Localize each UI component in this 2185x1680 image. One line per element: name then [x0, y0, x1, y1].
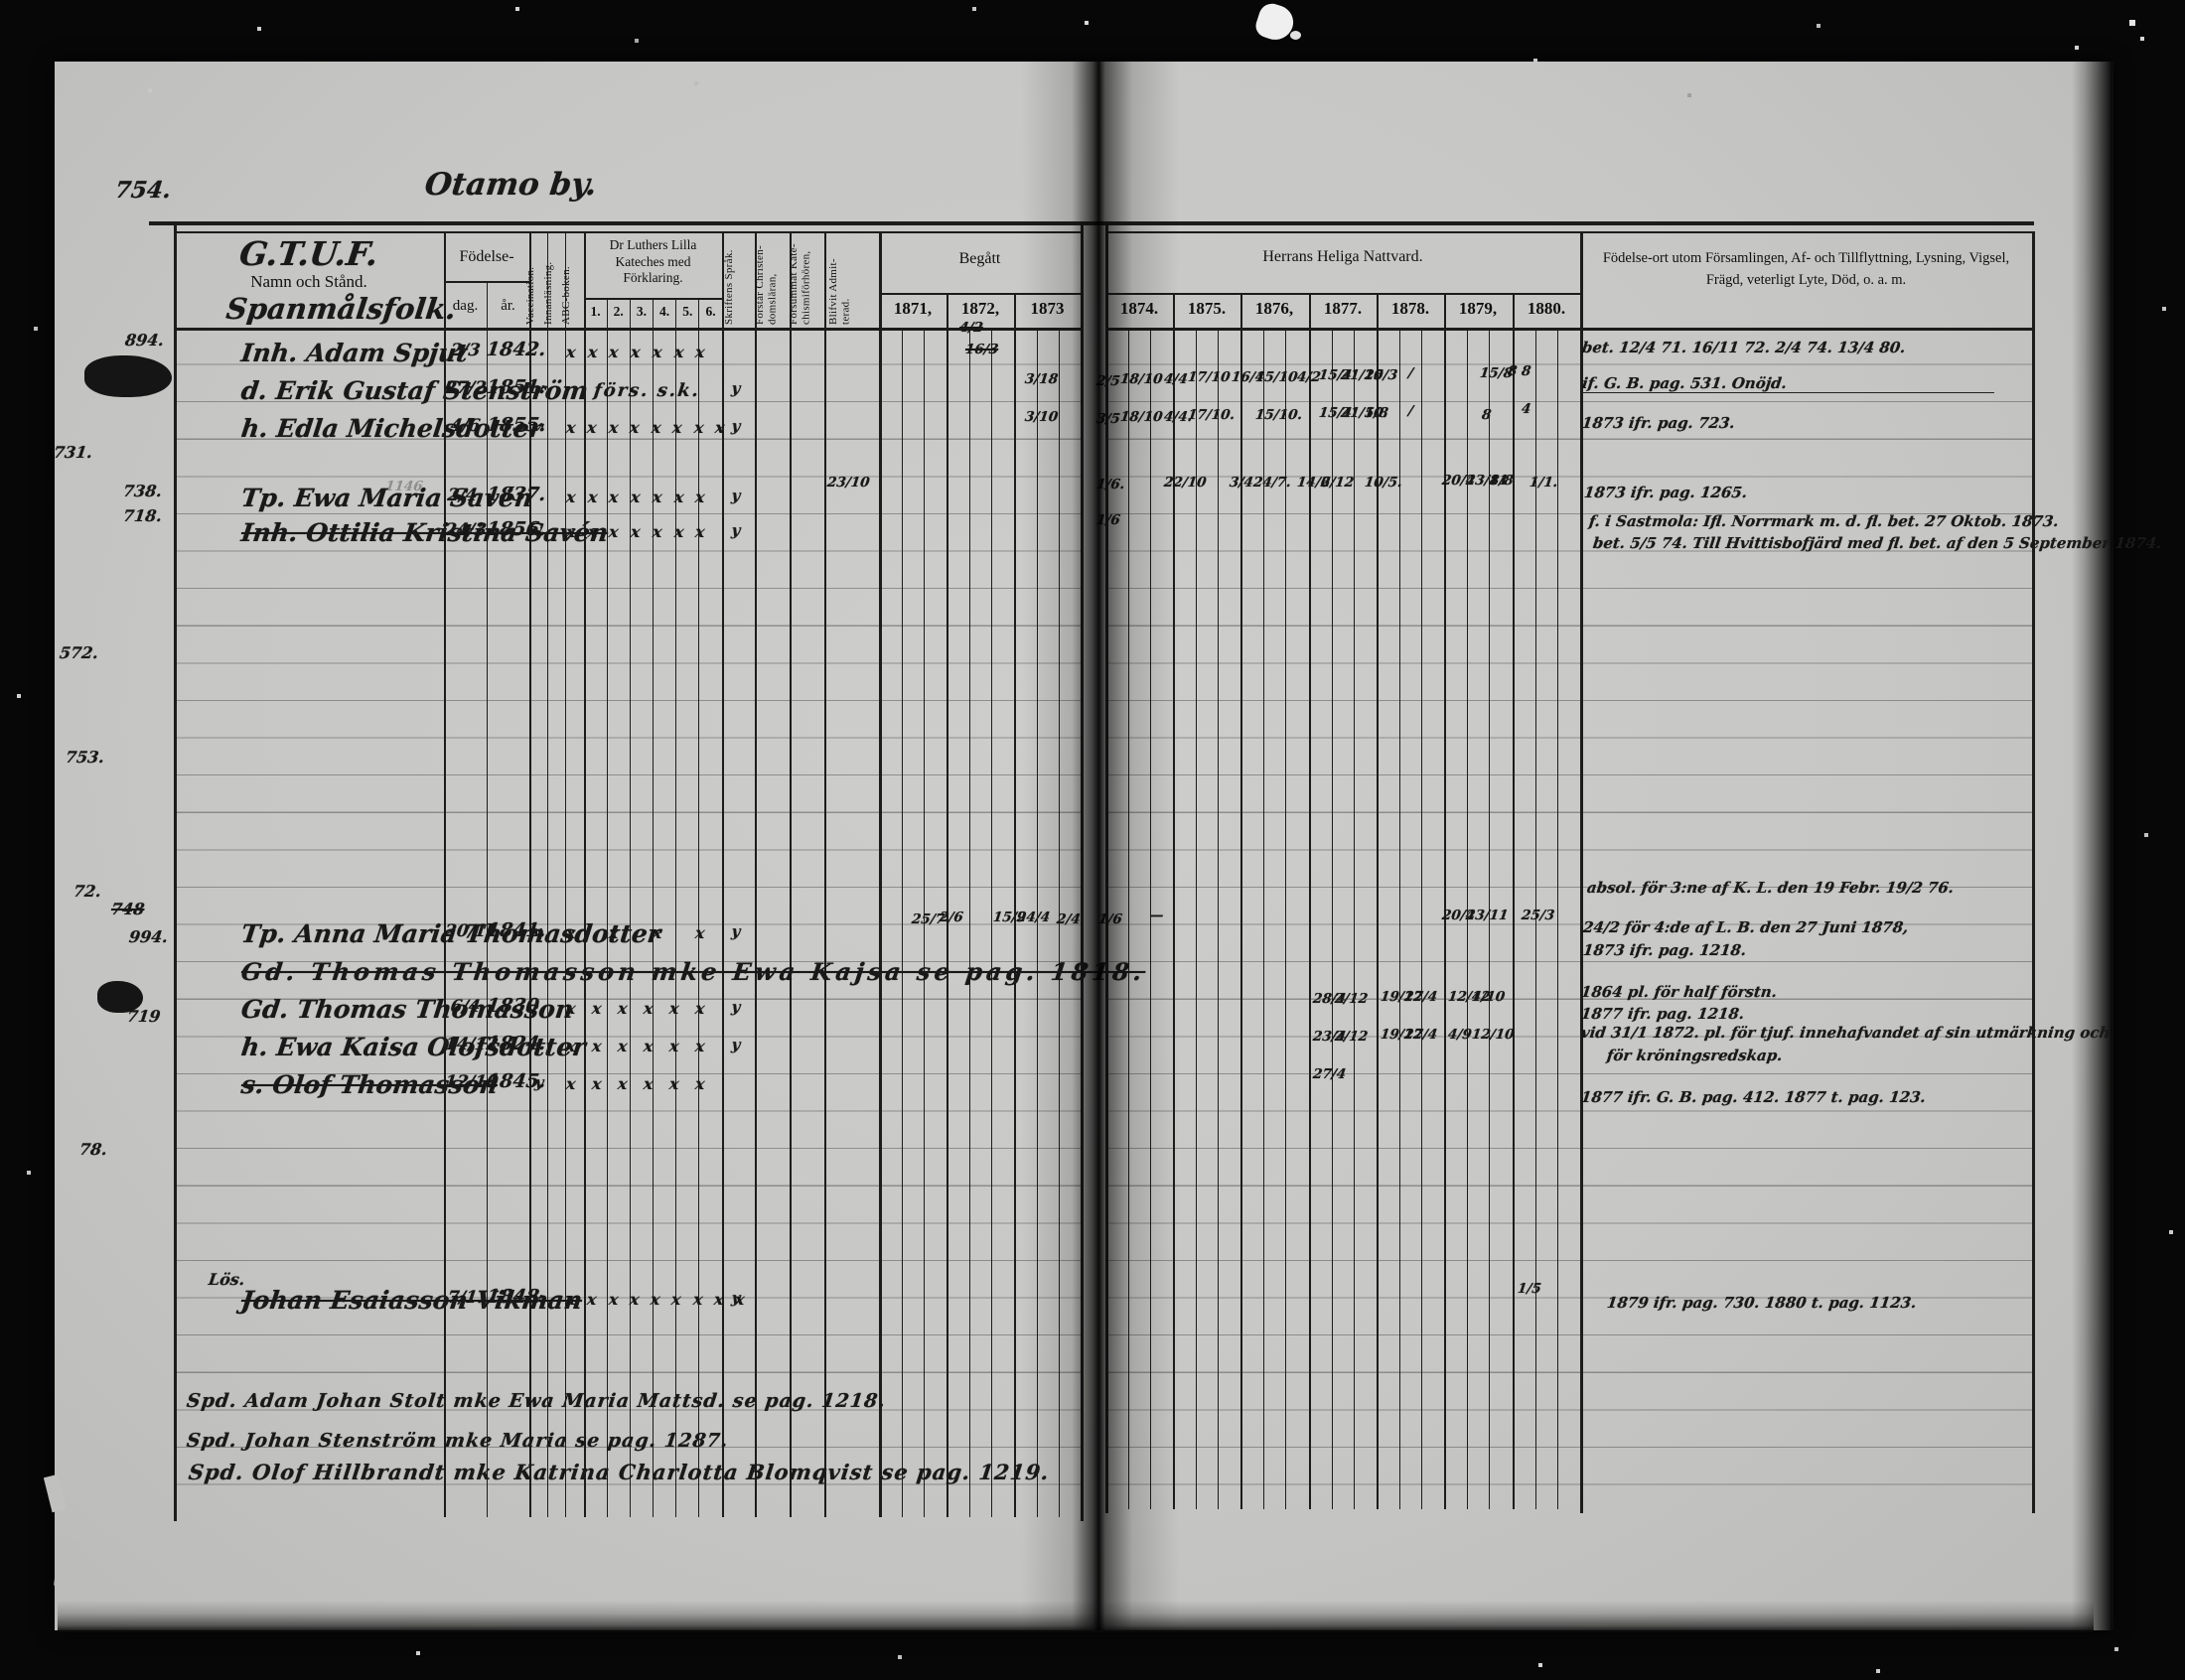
catechism-sub: 1.: [584, 304, 607, 320]
ink-blot: [97, 981, 143, 1013]
x-mark: x: [652, 522, 663, 541]
grid-vline: [1421, 328, 1422, 1509]
x-mark: x: [586, 418, 598, 437]
note-annotation: if. G. B. pag. 531. Onöjd.: [1581, 374, 1996, 393]
grid-ink-mark: 2/12: [1334, 1029, 1369, 1045]
birth-year-value: 1837.: [486, 484, 534, 505]
paper-tear-top-small: [1290, 31, 1301, 40]
grid-vline: [653, 298, 654, 1517]
margin-number: 731.: [53, 443, 93, 462]
catechism-marks: xxxx: [566, 923, 705, 942]
grid-ink-mark: 2/12: [1334, 991, 1369, 1007]
x-mark: x: [607, 1290, 619, 1309]
grid-vline: [1081, 223, 1084, 1521]
grid-vline: [174, 223, 177, 1521]
catechism-sub: 3.: [630, 304, 653, 320]
birth-day-value: 24/3: [444, 520, 487, 540]
header-name-label: Namn och Stånd.: [174, 272, 444, 292]
grid-ink-mark: 24/4: [1016, 910, 1051, 925]
margin-number: 78.: [78, 1140, 108, 1159]
x-mark: x: [565, 923, 577, 942]
note-annotation: bet. 5/5 74. Till Hvittisbofjärd med fl.…: [1592, 534, 2163, 552]
grid-vline: [1285, 328, 1286, 1509]
vaccination-mark: v.: [529, 521, 549, 539]
grid-vline: [947, 293, 948, 1517]
catechism-marks: xxxxxx: [566, 1037, 705, 1055]
grid-ink-mark: 4/9: [1447, 1027, 1473, 1043]
x-mark: x: [608, 923, 620, 942]
scanned-ledger-spread: Vaccination.Innanläsning.ABC-boken.Skrif…: [0, 0, 2185, 1680]
note-annotation: för kröningsredskap.: [1606, 1047, 1784, 1064]
grid-ink-mark: 5/8: [1364, 405, 1389, 421]
ink-blot: [84, 355, 172, 397]
skrift-mark: y: [723, 1036, 749, 1053]
begatt-year: 1872,: [947, 299, 1014, 319]
catechism-sub: 4.: [654, 304, 676, 320]
grid-hline: [444, 281, 529, 283]
x-mark: x: [652, 923, 663, 942]
birth-year-value: 1855.: [486, 414, 534, 436]
grid-vline: [1354, 328, 1355, 1509]
x-mark: x: [591, 1037, 603, 1055]
catechism-marks: xxxxxxx: [566, 343, 705, 361]
catechism-sub: 5.: [676, 304, 699, 320]
grid-vline: [675, 298, 676, 1517]
page-stack-left-edge: [55, 70, 154, 1623]
x-mark: x: [673, 488, 685, 506]
header-notes-line1: Födelse-ort utom Församlingen, Af- och T…: [1582, 250, 2030, 267]
header-script-initials: G.T.U.F.: [172, 234, 447, 273]
x-mark: x: [643, 999, 655, 1018]
x-mark: x: [629, 1290, 641, 1309]
skrift-mark: y: [723, 521, 749, 539]
grid-vline: [1399, 328, 1400, 1509]
grid-ink-mark: 1/6.: [1095, 477, 1125, 492]
catechism-marks: xxxxxxx: [566, 522, 705, 541]
x-mark: x: [630, 522, 642, 541]
grid-hline: [149, 221, 2034, 225]
grid-ink-mark: 16/3: [964, 342, 999, 357]
birth-year-value: 1845.: [486, 1070, 534, 1092]
nattvard-year: 1875.: [1173, 299, 1240, 319]
grid-ink-mark: 27/4: [1312, 1066, 1347, 1082]
grid-ink-mark: 4/4: [1163, 371, 1189, 387]
footer-note: Spd. Olof Hillbrandt mke Katrina Charlot…: [187, 1460, 1051, 1484]
nattvard-year: 1880.: [1513, 299, 1580, 319]
birth-day-value: 7/1.: [444, 1288, 487, 1308]
x-mark: x: [630, 488, 642, 506]
grid-vline: [607, 298, 608, 1517]
header-rotated-right-2: Försummat Kate- chismiförhören,: [788, 235, 827, 325]
x-mark: x: [694, 999, 706, 1018]
x-mark: x: [629, 418, 641, 437]
grid-ink-mark: 17/10: [1187, 369, 1231, 385]
skrift-mark: y: [723, 417, 749, 435]
x-mark: x: [652, 343, 663, 361]
ledger-row-prefix: Lös.: [208, 1270, 246, 1289]
birth-year-value: 1842.: [486, 339, 534, 360]
grid-ink-mark: 25/3: [1364, 367, 1398, 383]
note-annotation: f. i Sastmola: Ifl. Norrmark m. d. fl. b…: [1588, 512, 2060, 530]
grid-ink-mark: 3/18: [1024, 371, 1059, 387]
grid-ink-mark: 22/10: [1163, 475, 1207, 490]
grid-ink-mark: 8/8: [1489, 473, 1515, 489]
catechism-marks: xxxxxx: [566, 999, 705, 1018]
note-annotation: 1873 ifr. pag. 723.: [1581, 414, 1736, 432]
vaccination-mark: y: [529, 1073, 549, 1091]
birth-day-value: 4/6: [444, 416, 487, 436]
note-annotation: 1873 ifr. pag. 1218.: [1582, 941, 1747, 959]
x-mark: x: [650, 1290, 661, 1309]
x-mark: x: [670, 1290, 682, 1309]
margin-number: 738.: [122, 482, 163, 500]
grid-ink-mark: 27/4: [1403, 989, 1438, 1005]
grid-ink-mark: 1/5: [1517, 1281, 1542, 1297]
birth-day-value: 12/10: [444, 1072, 487, 1092]
grid-hline: [174, 328, 1081, 331]
grid-ink-mark: 15/10: [1254, 369, 1298, 385]
grid-ink-mark: 3/4: [1229, 475, 1254, 490]
grid-vline: [630, 298, 631, 1517]
grid-ink-mark: 2/5: [1095, 373, 1121, 389]
catechism-sub: 2.: [607, 304, 630, 320]
grid-ink-mark: 23/11: [1465, 908, 1509, 923]
grid-vline: [1196, 328, 1197, 1509]
grid-ink-mark: 1/6: [1095, 512, 1121, 528]
ledger-row-name: Inh. Adam Spjut: [239, 339, 470, 367]
x-mark: x: [692, 1290, 704, 1309]
grid-vline: [902, 328, 903, 1517]
header-birth-label: Födelse-: [444, 248, 529, 266]
grid-ink-mark: 2/4: [1056, 911, 1082, 927]
grid-ink-mark: 2/12: [1320, 475, 1355, 490]
grid-hline: [879, 293, 1081, 295]
x-mark: x: [591, 999, 603, 1018]
header-rotated-right-0: Skriftens Språk.: [723, 235, 749, 325]
x-mark: x: [608, 488, 620, 506]
margin-number: 718.: [122, 506, 163, 525]
note-annotation: vid 31/1 1872. pl. för tjuf. innehafvand…: [1580, 1024, 2112, 1042]
margin-number: 753.: [65, 748, 105, 767]
x-mark: x: [652, 488, 663, 506]
grid-vline: [969, 328, 970, 1517]
vaccination-mark: v: [529, 379, 549, 397]
x-mark: x: [617, 1074, 629, 1093]
x-mark: x: [608, 522, 620, 541]
x-mark: x: [693, 418, 705, 437]
grid-ink-mark: 10/5.: [1364, 475, 1403, 490]
margin-number: 994.: [128, 927, 169, 946]
grid-ink-mark: 3/10: [1024, 409, 1059, 425]
skrift-mark: y: [723, 1289, 749, 1307]
grid-ink-mark: 24/7.: [1252, 475, 1292, 490]
vaccination-mark: v.: [529, 922, 549, 940]
header-nattvard-label: Herrans Heliga Nattvard.: [1105, 248, 1580, 266]
header-begatt-label: Begått: [879, 250, 1081, 268]
grid-ink-mark: 3/5: [1095, 411, 1121, 427]
birth-year-value: 1824.: [486, 1033, 534, 1054]
grid-ink-mark: 2/6: [939, 910, 964, 925]
x-mark: x: [694, 923, 706, 942]
grid-vline: [698, 298, 699, 1517]
grid-ink-mark: 25/3: [1521, 908, 1555, 923]
birth-year-value: 1856.: [486, 518, 534, 540]
x-mark: x: [643, 1074, 655, 1093]
x-mark: x: [565, 1037, 577, 1055]
note-annotation: 1864 pl. för half förstn.: [1580, 983, 1778, 1001]
nattvard-year: 1877.: [1309, 299, 1377, 319]
x-mark: x: [591, 1074, 603, 1093]
skrift-mark: y: [723, 487, 749, 504]
note-annotation: absol. för 3:ne af K. L. den 19 Febr. 19…: [1586, 879, 1955, 897]
catechism-marks: xxxxxxx: [566, 488, 705, 506]
catechism-note: förs. s.k.: [593, 380, 702, 401]
grid-hline: [1105, 231, 2032, 233]
margin-number: 748: [110, 900, 146, 918]
vaccination-mark: v.: [529, 417, 549, 435]
x-mark: x: [587, 343, 599, 361]
birth-day-value: 2/3: [444, 341, 487, 360]
page-stack-right-edge: [2072, 62, 2113, 1630]
footer-note: Spd. Johan Stenström mke Maria se pag. 1…: [186, 1430, 730, 1452]
grid-vline: [1014, 293, 1016, 1517]
margin-number: 894.: [124, 331, 165, 350]
grid-ink-mark: —: [1149, 908, 1164, 923]
grid-vline: [879, 231, 882, 1517]
nattvard-year: 1879,: [1444, 299, 1512, 319]
header-birth-year: år.: [487, 298, 529, 315]
x-mark: x: [630, 343, 642, 361]
grid-hline: [174, 231, 1081, 233]
page-stack-bottom-edge: [58, 1601, 2094, 1632]
grid-ink-mark: 8: [1521, 363, 1531, 379]
grid-ink-mark: 1146: [384, 479, 424, 494]
page-number: 754.: [113, 177, 172, 204]
village-title: Otamo by.: [423, 167, 599, 203]
grid-ink-mark: 1/6: [1097, 911, 1123, 927]
x-mark: x: [565, 418, 577, 437]
x-mark: x: [608, 343, 620, 361]
x-mark: x: [694, 1037, 706, 1055]
x-mark: x: [668, 1074, 680, 1093]
x-mark: x: [643, 1037, 655, 1055]
grid-vline: [1218, 328, 1219, 1509]
grid-vline: [1332, 328, 1333, 1509]
x-mark: x: [694, 343, 706, 361]
birth-day-value: 20/1: [444, 921, 487, 941]
catechism-sub: 6.: [699, 304, 722, 320]
x-mark: x: [694, 488, 706, 506]
grid-ink-mark: 12/10: [1471, 1027, 1515, 1043]
grid-ink-mark: 4/2: [958, 320, 984, 336]
x-mark: x: [694, 1074, 706, 1093]
note-annotation: 1877 ifr. G. B. pag. 412. 1877 t. pag. 1…: [1580, 1088, 1927, 1106]
margin-number: 572.: [59, 643, 99, 662]
grid-hline: [584, 298, 722, 300]
x-mark: x: [651, 418, 662, 437]
grid-ink-mark: 18/10: [1119, 371, 1163, 387]
grid-vline: [1557, 328, 1558, 1509]
x-mark: x: [587, 488, 599, 506]
vaccination-mark: v.: [529, 1289, 549, 1307]
grid-hline: [1105, 328, 2032, 331]
birth-year-value: 1841.: [486, 919, 534, 941]
x-mark: x: [565, 1290, 577, 1309]
begatt-year: 1873: [1014, 299, 1081, 319]
grid-vline: [1263, 328, 1264, 1509]
skrift-mark: y: [723, 922, 749, 940]
skrift-mark: y: [723, 379, 749, 397]
birth-year-value: 1848.: [486, 1286, 534, 1308]
begatt-year: 1871,: [879, 299, 947, 319]
x-mark: x: [565, 488, 577, 506]
grid-vline: [755, 231, 757, 1517]
x-mark: x: [565, 343, 577, 361]
x-mark: x: [565, 1074, 577, 1093]
catechism-marks: xxxxxxxxx: [566, 1290, 745, 1309]
grid-vline: [790, 231, 792, 1517]
grid-ink-mark: 8: [1481, 407, 1492, 423]
x-mark: x: [608, 418, 620, 437]
catechism-marks: xxxxxx: [566, 1074, 705, 1093]
header-rotated-right-3: Blifvit Admit- terad.: [827, 235, 871, 325]
grid-ink-mark: 17/10.: [1187, 407, 1236, 423]
note-annotation: 24/2 för 4:de af L. B. den 27 Juni 1878,: [1582, 918, 1910, 936]
x-mark: x: [673, 343, 685, 361]
grid-vline: [2032, 231, 2035, 1513]
note-annotation: 1879 ifr. pag. 730. 1880 t. pag. 1123.: [1606, 1294, 1918, 1312]
nattvard-year: 1874.: [1105, 299, 1173, 319]
dust-specks: [0, 0, 2, 2]
x-mark: x: [668, 1037, 680, 1055]
birth-day-value: 27/2: [444, 378, 487, 398]
footer-note: Spd. Adam Johan Stolt mke Ewa Maria Matt…: [186, 1390, 888, 1412]
ledger-row-name: Gd. Thomas Thomasson mke Ewa Kajsa se pa…: [239, 957, 1147, 986]
grid-ink-mark: 4/10: [1471, 989, 1506, 1005]
x-mark: x: [617, 999, 629, 1018]
grid-hline: [1105, 293, 1580, 295]
grid-vline: [824, 231, 826, 1517]
grid-ink-mark: 4: [1521, 401, 1531, 417]
x-mark: x: [668, 999, 680, 1018]
grid-ink-mark: 23/10: [826, 475, 870, 490]
x-mark: x: [673, 522, 685, 541]
x-mark: x: [587, 522, 599, 541]
x-mark: x: [565, 522, 577, 541]
birth-year-value: 1851.: [486, 376, 534, 398]
skrift-mark: y: [723, 998, 749, 1016]
grid-vline: [487, 281, 488, 1517]
grid-vline: [1128, 328, 1129, 1509]
grid-ink-mark: 18/10: [1119, 409, 1163, 425]
note-annotation: 1877 ifr. pag. 1218.: [1580, 1005, 1745, 1023]
birth-day-value: 2/4.: [444, 486, 487, 505]
x-mark: x: [617, 1037, 629, 1055]
x-mark: x: [694, 522, 706, 541]
note-annotation: 1873 ifr. pag. 1265.: [1583, 484, 1748, 501]
grid-ink-mark: 8: [1507, 363, 1518, 379]
grid-ink-mark: 27/4: [1403, 1027, 1438, 1043]
x-mark: x: [565, 999, 577, 1018]
nattvard-year: 1878.: [1377, 299, 1444, 319]
header-notes-line2: Frägd, veterligt Lyte, Död, o. a. m.: [1582, 272, 2030, 289]
margin-number: 72.: [73, 882, 102, 901]
grid-ink-mark: 1/1.: [1529, 475, 1558, 490]
header-script-group: Spanmålsfolk.: [224, 292, 458, 326]
grid-ink-mark: 15/10.: [1254, 407, 1303, 423]
birth-year-value: 1830.: [486, 995, 534, 1017]
catechism-marks: xxxxxxxx: [566, 418, 725, 437]
x-mark: x: [586, 1290, 598, 1309]
nattvard-year: 1876,: [1240, 299, 1308, 319]
birth-day-value: 6/4: [444, 997, 487, 1017]
x-mark: x: [671, 418, 683, 437]
header-catechism-label: Dr Luthers Lilla Kateches med Förklaring…: [587, 237, 719, 287]
ledger-row-name: Inh. Ottilia Kristina Savén: [239, 518, 610, 547]
note-annotation: bet. 12/4 71. 16/11 72. 2/4 74. 13/4 80.: [1581, 339, 1907, 356]
birth-day-value: 14/12: [444, 1035, 487, 1054]
